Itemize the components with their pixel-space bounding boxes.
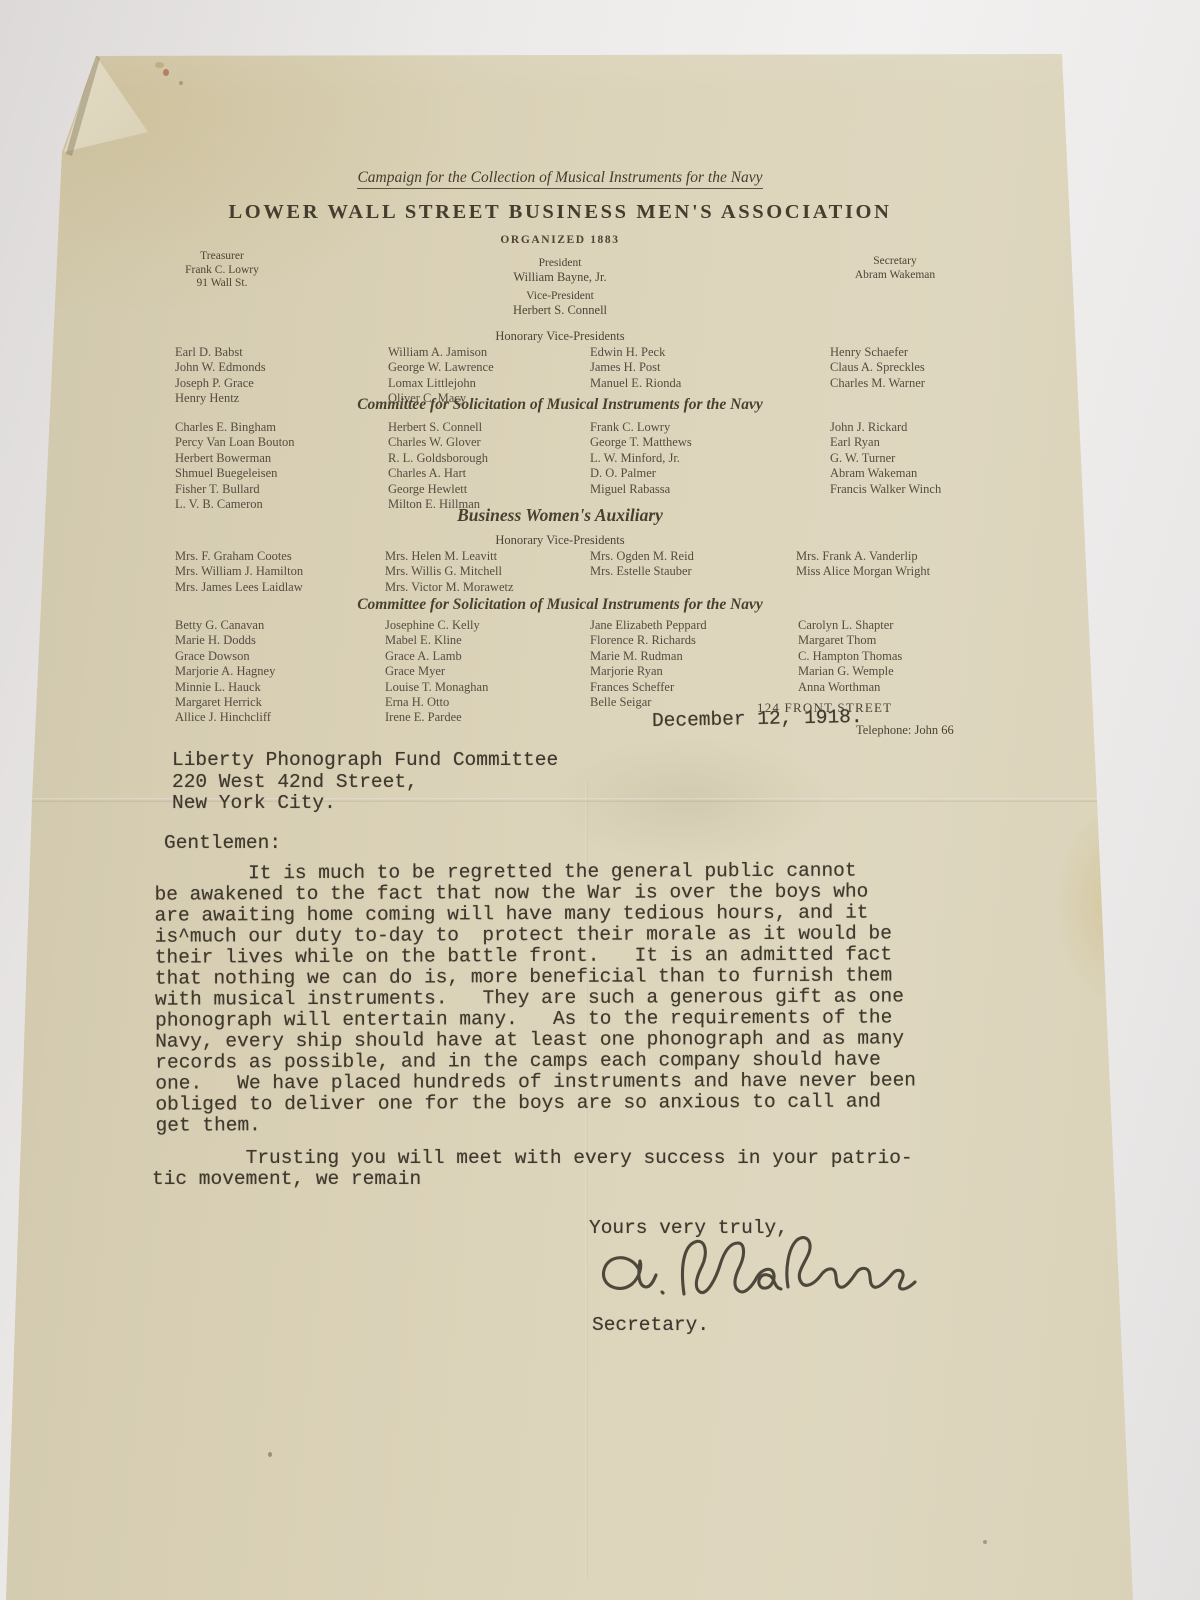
honorary-vp-column: Henry SchaeferClaus A. SprecklesCharles … (830, 345, 925, 391)
president-block: President William Bayne, Jr. Vice-Presid… (360, 257, 760, 317)
auxiliary-honorary-heading: Honorary Vice-Presidents (160, 533, 960, 548)
recipient-address: Liberty Phonograph Fund Committee220 Wes… (172, 750, 558, 815)
auxiliary-column: Mrs. F. Graham CootesMrs. William J. Ham… (175, 549, 303, 595)
honorary-vp-column: Edwin H. PeckJames H. PostManuel E. Rion… (590, 345, 681, 391)
letter-paper: Campaign for the Collection of Musical I… (0, 0, 1200, 1600)
letter-body-paragraph-2: Trusting you will meet with every succes… (152, 1148, 913, 1190)
committee-women-heading: Committee for Solicitation of Musical In… (160, 596, 960, 614)
treasurer-name: Frank C. Lowry (147, 264, 297, 278)
committee-women-column: Carolyn L. ShapterMargaret ThomC. Hampto… (798, 618, 902, 695)
committee-women-column: Josephine C. KellyMabel E. KlineGrace A.… (385, 618, 488, 726)
secretary-block: Secretary Abram Wakeman (815, 255, 975, 282)
committee-women-column: Betty G. CanavanMarie H. DoddsGrace Dows… (175, 618, 275, 726)
letter-body-paragraph-1: It is much to be regretted the general p… (154, 860, 916, 1136)
secretary-name: Abram Wakeman (815, 269, 975, 283)
president-name: William Bayne, Jr. (360, 271, 760, 285)
treasurer-address: 91 Wall St. (147, 277, 297, 291)
auxiliary-heading: Business Women's Auxiliary (160, 505, 960, 526)
treasurer-title: Treasurer (147, 250, 297, 264)
salutation: Gentlemen: (164, 833, 281, 854)
vice-president-title: Vice-President (360, 290, 760, 304)
organization-title: LOWER WALL STREET BUSINESS MEN'S ASSOCIA… (110, 201, 1010, 224)
campaign-banner: Campaign for the Collection of Musical I… (160, 169, 960, 189)
photo-background: Campaign for the Collection of Musical I… (0, 0, 1200, 1600)
committee-men-column: John J. RickardEarl RyanG. W. TurnerAbra… (830, 420, 941, 497)
auxiliary-column: Mrs. Ogden M. ReidMrs. Estelle Stauber (590, 549, 694, 580)
committee-women-column: Jane Elizabeth PeppardFlorence R. Richar… (590, 618, 707, 710)
president-title: President (360, 257, 760, 271)
auxiliary-column: Mrs. Frank A. VanderlipMiss Alice Morgan… (796, 549, 930, 580)
letter-content: Campaign for the Collection of Musical I… (0, 0, 1200, 1600)
organized-line: ORGANIZED 1883 (160, 234, 960, 246)
honorary-vp-heading: Honorary Vice-Presidents (160, 329, 960, 344)
letter-date: December 12, 1918. (652, 707, 863, 732)
secretary-title: Secretary (815, 255, 975, 269)
campaign-line: Campaign for the Collection of Musical I… (357, 169, 762, 189)
committee-men-column: Frank C. LowryGeorge T. MatthewsL. W. Mi… (590, 420, 692, 497)
committee-men-column: Charles E. BinghamPercy Van Loan BoutonH… (175, 420, 295, 512)
treasurer-block: Treasurer Frank C. Lowry 91 Wall St. (147, 250, 297, 291)
signature (592, 1230, 932, 1322)
committee-men-heading: Committee for Solicitation of Musical In… (160, 396, 960, 414)
vice-president-name: Herbert S. Connell (360, 304, 760, 318)
telephone-line: Telephone: John 66 (856, 723, 954, 738)
auxiliary-column: Mrs. Helen M. LeavittMrs. Willis G. Mitc… (385, 549, 514, 595)
committee-men-column: Herbert S. ConnellCharles W. GloverR. L.… (388, 420, 488, 512)
signer-title: Secretary. (592, 1315, 709, 1336)
